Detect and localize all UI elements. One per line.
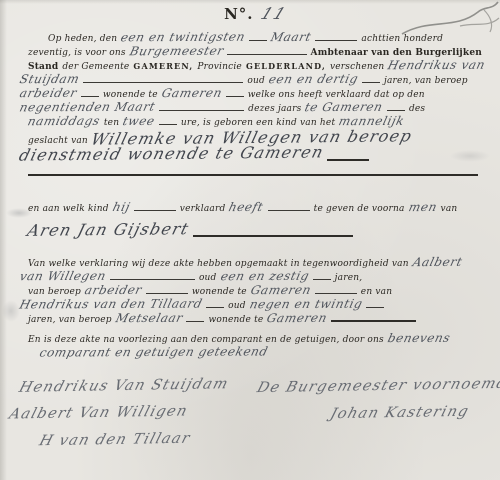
witness2-line: Hendrikus van den Tillaardoudnegen en tw… <box>20 297 482 311</box>
handwritten-text: Gameren <box>266 311 329 325</box>
printed-text: oud <box>199 273 217 283</box>
blank-filler-line <box>206 307 224 308</box>
handwritten-text: te Gameren <box>304 100 385 114</box>
document-number: N°.11 <box>28 4 482 22</box>
handwritten-text: Stuijdam <box>18 72 81 86</box>
handwritten-text: arbeider <box>83 283 143 297</box>
printed-text: zeventig, is voor ons <box>28 48 126 58</box>
handwritten-text: hij <box>111 200 132 214</box>
blank-filler-line <box>227 54 306 55</box>
printed-text: Op heden, den <box>48 34 117 44</box>
printed-text: verschenen <box>330 62 384 72</box>
document-number-label: N°. <box>224 5 253 23</box>
mother-occupation-line: dienstmeid wonende te Gameren <box>20 144 482 166</box>
handwritten-text: Metselaar <box>114 311 184 325</box>
printed-text: verklaard <box>180 204 226 214</box>
blank-filler-line <box>193 235 353 237</box>
handwritten-text: comparant en getuigen geteekend <box>38 344 269 359</box>
printed-text: Ambtenaar van den Burgerlijken <box>311 48 482 58</box>
birth-date-line: negentienden Maartdezes jaarste Gamerend… <box>20 100 482 114</box>
printed-text: en van <box>361 287 392 297</box>
witness1-line: van Willegenoudeen en zestigjaren, <box>20 269 482 283</box>
printed-text: oud <box>228 301 246 311</box>
printed-text: der Gemeente <box>62 62 129 72</box>
printed-text: ten <box>104 118 119 128</box>
blank-filler-line <box>387 110 405 111</box>
printed-text: Van welke verklaring wij deze akte hebbe… <box>28 259 409 269</box>
signature-text: Hendrikus Van Stuijdam <box>17 376 231 396</box>
printed-text: des <box>409 104 425 114</box>
closing-line-2: comparant en getuigen geteekend <box>28 345 482 359</box>
blank-filler-line <box>28 174 478 176</box>
blank-filler-line <box>81 96 99 97</box>
handwritten-text: Hendrikus van <box>387 58 488 73</box>
declarant-name-line: Stuijdamoudeen en dertigjaren, van beroe… <box>20 72 482 86</box>
blank-filler-line <box>315 40 357 41</box>
handwritten-text: negentienden Maart <box>18 100 157 115</box>
child-name-intro-line: en aan welk kindhijverklaardheeftte geve… <box>28 200 482 214</box>
printed-text: wonende te <box>208 315 263 325</box>
printed-text: oud <box>247 76 265 86</box>
document-body: Op heden, deneen en twintigstenMaartacht… <box>28 30 482 453</box>
blank-filler-line <box>159 110 244 111</box>
blank-filler-line <box>268 210 310 211</box>
blank-filler-line <box>366 307 384 308</box>
handwritten-text: Gameren <box>249 283 312 297</box>
handwritten-text: een en zestig <box>219 269 311 283</box>
blank-filler-line <box>313 279 331 280</box>
blank-filler-line <box>362 82 380 83</box>
printed-text: Gameren, <box>133 61 193 71</box>
handwritten-text: heeft <box>228 200 266 214</box>
printed-text: Provincie <box>197 62 242 72</box>
blank-filler-line <box>315 293 357 294</box>
printed-text: te geven de voorna <box>314 204 405 214</box>
handwritten-text: een en dertig <box>267 72 360 86</box>
child-names-line: Aren Jan Gijsbert <box>28 220 482 242</box>
printed-text: en aan welk kind <box>28 204 109 214</box>
printed-text: jaren, <box>335 273 363 283</box>
printed-text: jaren, van beroep <box>28 315 112 325</box>
signature-row-1: Hendrikus Van StuijdamDe Burgemeester vo… <box>20 372 482 399</box>
closing-line-1: En is deze akte na voorlezing aan den co… <box>28 331 482 345</box>
handwritten-text: namiddags <box>26 114 101 128</box>
handwritten-text: negen en twintig <box>248 297 364 312</box>
blank-filler-line <box>186 321 204 322</box>
blank-filler-line <box>249 40 267 41</box>
printed-text: van beroep <box>28 287 81 297</box>
section-divider <box>28 166 482 180</box>
handwritten-text: twee <box>121 114 156 128</box>
blank-filler-line <box>83 82 243 83</box>
printed-text: Stand <box>28 62 58 72</box>
printed-text: welke ons heeft verklaard dat op den <box>248 90 425 100</box>
printed-text: wonende te <box>103 90 158 100</box>
printed-text: En is deze akte na voorlezing aan den co… <box>28 335 384 345</box>
blank-filler-line <box>331 320 416 322</box>
blank-filler-line <box>327 159 369 161</box>
signature-row-2: Aalbert Van WilligenJohan Kastering <box>10 399 482 426</box>
handwritten-text: Burgemeester <box>128 44 225 58</box>
printed-text: Gelderland, <box>246 61 326 71</box>
witness2-occupation-line: jaren, van beroepMetselaarwonende teGame… <box>28 311 482 325</box>
handwritten-text: Hendrikus van den Tillaard <box>18 297 204 312</box>
printed-text: wonende te <box>192 287 247 297</box>
signature-text: Johan Kastering <box>328 403 471 421</box>
handwritten-text: Aren Jan Gijsbert <box>25 219 191 240</box>
handwritten-text: men <box>407 200 438 214</box>
declarant-residence-line: arbeiderwonende teGamerenwelke ons heeft… <box>20 86 482 100</box>
handwritten-text: benevens <box>386 331 452 345</box>
handwritten-text: van Willegen <box>18 269 107 283</box>
blank-filler-line <box>159 124 177 125</box>
handwritten-text: arbeider <box>18 86 78 100</box>
handwritten-text: een en twintigsten <box>119 30 247 45</box>
handwritten-text: Gameren <box>160 86 223 100</box>
signature-text: Aalbert Van Willigen <box>7 403 190 422</box>
handwritten-text: Maart <box>269 30 313 44</box>
signature-row-3: H van den Tillaar <box>28 426 482 453</box>
blank-filler-line <box>146 293 188 294</box>
mother-name-line: geslacht vanWillemke van Willegen van be… <box>28 128 482 144</box>
signature-text: H van den Tillaar <box>37 430 192 449</box>
printed-text: van <box>441 204 458 214</box>
municipality-line: Standder GemeenteGameren,ProvincieGelder… <box>28 58 482 72</box>
scan-edge-shadow <box>0 0 7 480</box>
witness1-occupation-line: van beroeparbeiderwonende teGamerenen va… <box>28 283 482 297</box>
blank-filler-line <box>110 279 195 280</box>
document-number-value: 11 <box>258 4 290 23</box>
registrar-line: zeventig, is voor onsBurgemeesterAmbtena… <box>28 44 482 58</box>
blank-filler-line <box>134 210 176 211</box>
witnesses-intro-line: Van welke verklaring wij deze akte hebbe… <box>28 255 482 269</box>
handwritten-text: dienstmeid wonende te Gameren <box>17 142 326 164</box>
document-page: N°.11 Op heden, deneen en twintigstenMaa… <box>0 0 500 480</box>
blank-filler-line <box>226 96 244 97</box>
printed-text: dezes jaars <box>248 104 301 114</box>
signature-text: De Burgemeester voornoemd <box>255 375 500 395</box>
printed-text: jaren, van beroep <box>384 76 468 86</box>
handwritten-text: Aalbert <box>411 255 464 269</box>
